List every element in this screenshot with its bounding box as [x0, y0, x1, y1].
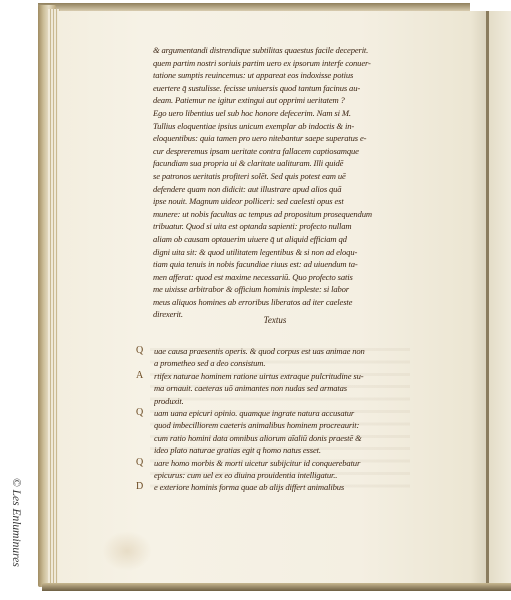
text-line: cum ratio homini data omnibus aliorum aī…	[154, 432, 422, 444]
chapter-entry: Q uare homo morbis & morti uicetur subij…	[132, 457, 422, 482]
initial-letter: D	[136, 481, 143, 493]
text-line: Tullius eloquentiae ipsius unicum exempl…	[153, 120, 397, 133]
text-line: ideo plato naturae gratias egit q homo n…	[154, 444, 422, 456]
text-line: aliam ob causam optauerim uiuere q̄ ut a…	[153, 233, 397, 246]
binding-top-edge	[38, 3, 470, 11]
text-line: euertere q̄ sustulisse. fecisse uniuersi…	[153, 82, 397, 95]
initial-letter: Q	[136, 407, 143, 419]
text-line: men afferat: quod est maxime necessariū.…	[153, 271, 397, 284]
initial-letter: Q	[136, 457, 143, 469]
text-line: digni uita sit: & quod utilitatem legent…	[153, 246, 397, 259]
chapter-entry: Q uae causa praesentis operis. & quod co…	[132, 345, 422, 370]
text-line: meus aliquos homines ab erroribus libera…	[153, 296, 397, 309]
chapter-entry: A rtifex naturae hominem ratione uirtus …	[132, 370, 422, 407]
text-line: cur despreremus ipsam ueritate contra fa…	[153, 145, 397, 158]
text-line: munere: ut nobis facultas ac tempus ad p…	[153, 208, 397, 221]
text-line: e exteriore hominis forma quae ab alijs …	[154, 481, 422, 493]
facing-page-edge	[489, 11, 511, 583]
text-line: deam. Patiemur ne igitur extingui aut op…	[153, 94, 397, 107]
prologue-text: & argumentandi distrendique subtilitas q…	[153, 44, 397, 321]
text-line: epicurus: cum uel ex eo diuina prouident…	[154, 469, 422, 481]
text-line: quem partim nostri soriuis partim uero e…	[153, 57, 397, 70]
text-line: tribuatur. Quod si uita est optanda sapi…	[153, 220, 397, 233]
text-line: produxit.	[154, 395, 422, 407]
text-line: rtifex naturae hominem ratione uirtus ex…	[154, 370, 422, 382]
initial-letter: Q	[136, 345, 143, 357]
text-line: defendere quam non didicit: aut illustra…	[153, 183, 397, 196]
text-line: uae causa praesentis operis. & quod corp…	[154, 345, 422, 357]
text-line: ma ornauit. caeteras uō animantes non nu…	[154, 382, 422, 394]
text-line: me uixisse arbitrabor & officium hominis…	[153, 283, 397, 296]
text-line: facundiam sua propria ui & claritate ual…	[153, 157, 397, 170]
text-line: Ego uero libentius uel sub hoc honore de…	[153, 107, 397, 120]
text-line: quod imbecilliorem caeteris animalibus h…	[154, 419, 422, 431]
text-line: ipse nouit. Magnum uideor polliceri: sed…	[153, 195, 397, 208]
text-line: se patronos ueritatis profiteri solēt. S…	[153, 170, 397, 183]
binding-bottom-edge	[42, 583, 511, 591]
text-line: tatione sumptis reuincemus: ut appareat …	[153, 69, 397, 82]
initial-letter: A	[136, 370, 143, 382]
chapter-entry: D e exteriore hominis forma quae ab alij…	[132, 481, 422, 493]
page-stain	[102, 531, 152, 571]
text-line: tiam quia tenuis in nobis facundiae riuu…	[153, 258, 397, 271]
text-line: uam uana epicuri opinio. quamque ingrate…	[154, 407, 422, 419]
chapter-entry: Q uam uana epicuri opinio. quamque ingra…	[132, 407, 422, 457]
section-heading: Textus	[245, 315, 305, 325]
text-line: a prometheo sed a deo consistum.	[154, 357, 422, 369]
copyright-text: © Les Enluminures	[10, 478, 22, 567]
text-line: & argumentandi distrendique subtilitas q…	[153, 44, 397, 57]
copyright-credit: © Les Enluminures	[2, 478, 26, 596]
text-line: uare homo morbis & morti uicetur subijci…	[154, 457, 422, 469]
text-line: eloquentibus: quia tamen pro uero niteba…	[153, 132, 397, 145]
chapter-list: Q uae causa praesentis operis. & quod co…	[132, 345, 422, 494]
